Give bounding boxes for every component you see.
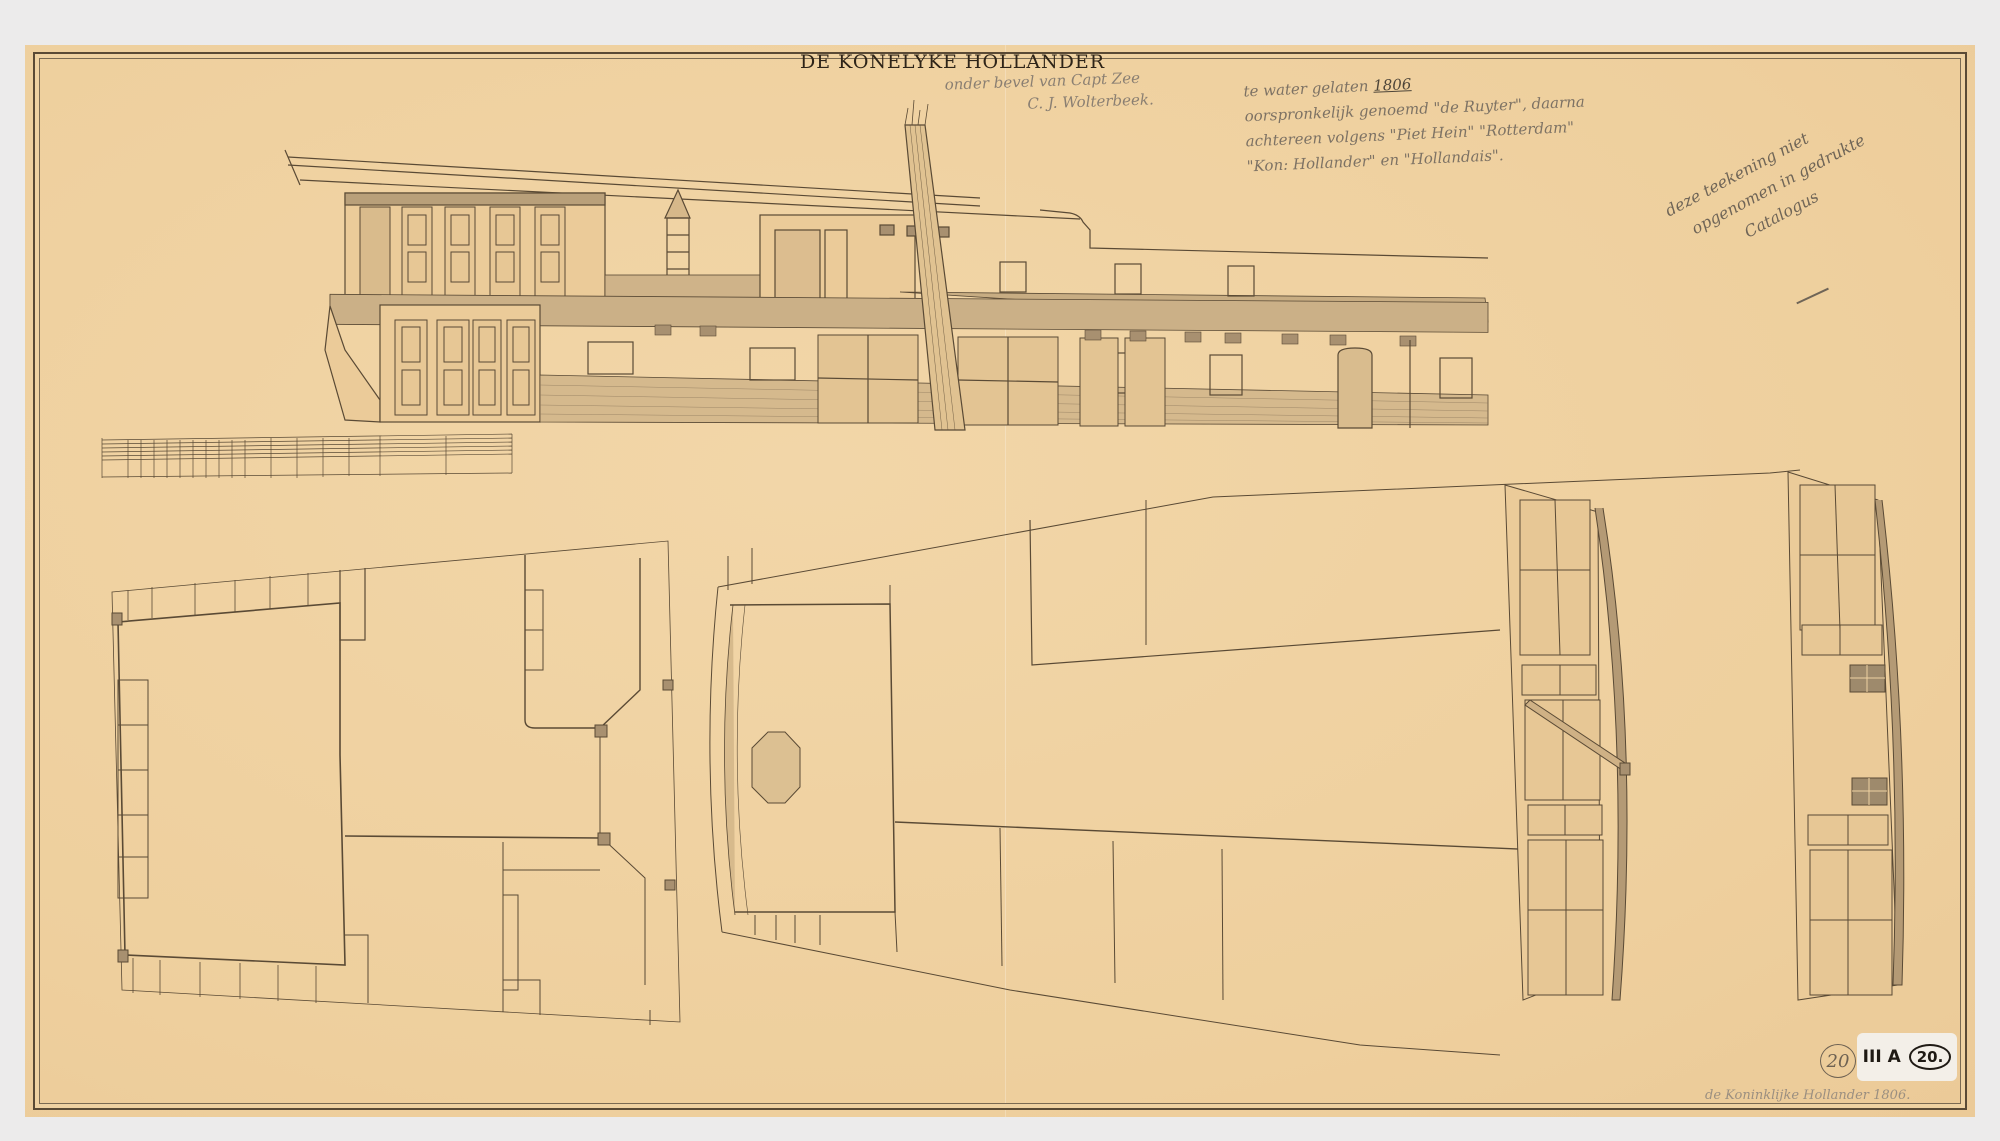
catalog-number: 20. bbox=[1909, 1044, 1952, 1070]
launch-year: 1806 bbox=[1373, 75, 1412, 95]
launch-prefix: te water gelaten bbox=[1243, 77, 1374, 101]
history-annotation: te water gelaten 1806 oorspronkelijk gen… bbox=[1243, 65, 1587, 180]
pencil-sheet-number: 20 bbox=[1820, 1044, 1856, 1078]
footer-caption: de Koninklijke Hollander 1806. bbox=[1705, 1088, 1910, 1103]
deck-plan-main bbox=[710, 470, 1800, 1055]
technical-drawing bbox=[0, 0, 2000, 1141]
scale-bar bbox=[102, 434, 512, 478]
catalog-series: III A bbox=[1863, 1047, 1901, 1067]
stern-frame-right bbox=[1788, 472, 1904, 1000]
catalog-label: III A 20. bbox=[1857, 1033, 1957, 1081]
commander-annotation: onder bevel van Capt Zee C. J. Wolterbee… bbox=[944, 66, 1154, 117]
stern-frame-left bbox=[1505, 485, 1630, 1000]
deck-plan-stern-cabins bbox=[112, 541, 680, 1025]
